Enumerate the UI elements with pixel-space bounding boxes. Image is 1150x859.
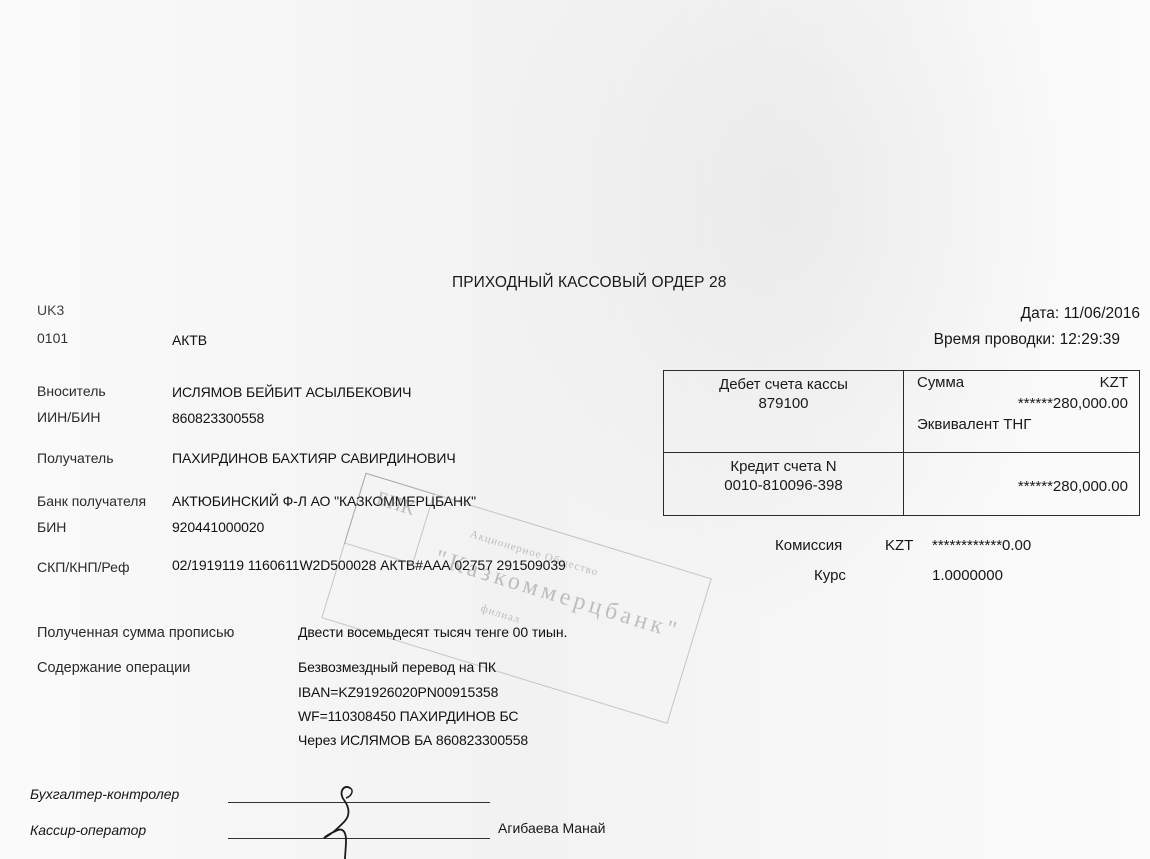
credit-label: Кредит счета N xyxy=(664,457,903,476)
credit-cell: Кредит счета N 0010-810096-398 xyxy=(664,453,904,515)
bin-label: БИН xyxy=(37,519,66,535)
amount-currency: KZT xyxy=(1100,374,1128,391)
cashier-name: Агибаева Манай xyxy=(498,820,605,836)
posting-time-field: Время проводки: 12:29:39 xyxy=(934,331,1120,349)
handwritten-signature-icon xyxy=(310,782,370,859)
recipient-label: Получатель xyxy=(37,450,114,466)
document-title: ПРИХОДНЫЙ КАССОВЫЙ ОРДЕР 28 xyxy=(452,274,726,292)
credit-account: 0010-810096-398 xyxy=(664,476,903,495)
debit-cell: Дебет счета кассы 879100 xyxy=(664,371,904,453)
cashier-label: Кассир-оператор xyxy=(30,822,146,838)
purpose-line-2: IBAN=KZ91926020PN00915358 xyxy=(298,684,498,700)
credit-amount-cell: ******280,000.00 xyxy=(904,453,1139,515)
debit-label: Дебет счета кассы xyxy=(664,375,903,394)
credit-amount: ******280,000.00 xyxy=(1018,478,1128,495)
date-label: Дата: xyxy=(1021,305,1060,322)
reference-value: 02/1919119 1160611W2D500028 АКТВ#ААА 027… xyxy=(172,557,566,573)
amount-in-words-label: Полученная сумма прописью xyxy=(37,625,234,641)
recipient-bank-label: Банк получателя xyxy=(37,493,146,509)
commission-value: ************0.00 xyxy=(932,537,1031,554)
purpose-line-4: Через ИСЛЯМОВ БА 860823300558 xyxy=(298,732,528,748)
iin-label: ИИН/БИН xyxy=(37,409,101,425)
recipient-bank-value: АКТЮБИНСКИЙ Ф-Л АО "КАЗКОММЕРЦБАНК" xyxy=(172,493,476,509)
recipient-value: ПАХИРДИНОВ БАХТИЯР САВИРДИНОВИЧ xyxy=(172,450,456,466)
commission-label: Комиссия xyxy=(775,537,842,554)
posting-time-label: Время проводки: xyxy=(934,331,1056,348)
purpose-line-1: Безвозмездный перевод на ПК xyxy=(298,659,496,675)
posting-time-value: 12:29:39 xyxy=(1060,331,1120,348)
stamp-small-box xyxy=(344,473,434,565)
rate-value: 1.0000000 xyxy=(932,567,1003,584)
rate-label: Курс xyxy=(814,567,846,584)
iin-value: 860823300558 xyxy=(172,410,264,426)
purpose-line-3: WF=110308450 ПАХИРДИНОВ БС xyxy=(298,708,518,724)
commission-currency: KZT xyxy=(885,537,913,554)
amount-cell: Сумма KZT ******280,000.00 Эквивалент ТН… xyxy=(904,371,1139,453)
accounts-table: Дебет счета кассы 879100 Сумма KZT *****… xyxy=(663,370,1140,516)
amount-in-words-value: Двести восемьдесят тысяч тенге 00 тиын. xyxy=(298,624,567,640)
depositor-label: Вноситель xyxy=(37,383,106,399)
branch-name: АКТВ xyxy=(172,332,207,348)
equivalent-label: Эквивалент ТНГ xyxy=(917,416,1031,433)
date-field: Дата: 11/06/2016 xyxy=(1021,305,1140,323)
stamp-line-3: филиал xyxy=(479,603,522,626)
branch-code: 0101 xyxy=(37,330,68,346)
depositor-value: ИСЛЯМОВ БЕЙБИТ АСЫЛБЕКОВИЧ xyxy=(172,384,411,400)
bin-value: 920441000020 xyxy=(172,519,264,535)
operation-purpose-label: Содержание операции xyxy=(37,660,190,676)
reference-label: СКП/КНП/Реф xyxy=(37,559,129,575)
amount-label: Сумма xyxy=(917,374,964,391)
accountant-label: Бухгалтер-контролер xyxy=(30,786,179,802)
debit-account: 879100 xyxy=(664,394,903,413)
form-code: UK3 xyxy=(37,302,64,318)
amount-value: ******280,000.00 xyxy=(1018,395,1128,412)
date-value: 11/06/2016 xyxy=(1064,305,1140,322)
